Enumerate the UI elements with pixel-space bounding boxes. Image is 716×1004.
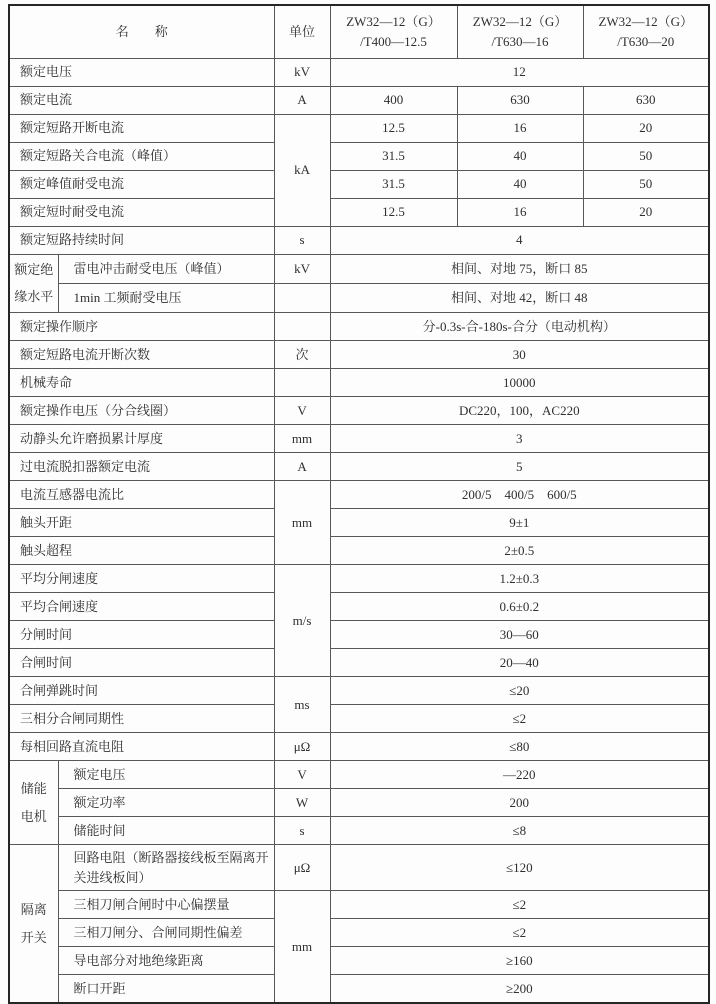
row-group-label: 额定绝缘水平: [9, 254, 58, 313]
row-name: 1min 工频耐受电压: [58, 283, 274, 312]
row-unit: V: [274, 397, 330, 425]
row-value: 2±0.5: [330, 537, 709, 565]
model-2-line1: ZW32—12（G）: [473, 14, 568, 29]
row-value: 10000: [330, 369, 709, 397]
row-group-label: 储能电机: [9, 761, 58, 845]
row-unit: 次: [274, 341, 330, 369]
row-unit: s: [274, 226, 330, 254]
table-row: 机械寿命 10000: [9, 369, 709, 397]
row-name: 额定操作顺序: [9, 313, 274, 341]
table-row: 储能电机 额定电压 V —220: [9, 761, 709, 789]
row-name: 合闸弹跳时间: [9, 677, 274, 705]
row-name: 额定短路开断电流: [9, 114, 274, 142]
row-name: 触头超程: [9, 537, 274, 565]
group-line1: 额定绝: [14, 262, 53, 277]
row-name: 额定短路电流开断次数: [9, 341, 274, 369]
row-unit: [274, 283, 330, 312]
row-name: 额定电压: [58, 761, 274, 789]
table-row: 触头超程 2±0.5: [9, 537, 709, 565]
row-unit: kV: [274, 254, 330, 283]
row-value: 50: [583, 170, 709, 198]
col-header-name: 名 称: [9, 5, 274, 58]
model-header-1: ZW32—12（G）/T400—12.5: [330, 5, 457, 58]
row-name: 分闸时间: [9, 621, 274, 649]
table-row: 断口开距 ≥200: [9, 975, 709, 1003]
row-value: ≥160: [330, 947, 709, 975]
row-name: 额定电流: [9, 86, 274, 114]
model-header-2: ZW32—12（G）/T630—16: [457, 5, 583, 58]
row-name: 每相回路直流电阻: [9, 733, 274, 761]
row-name: 平均合闸速度: [9, 593, 274, 621]
model-2-line2: /T630—16: [460, 32, 581, 52]
row-value: ≥200: [330, 975, 709, 1003]
table-row: 动静头允许磨损累计厚度 mm 3: [9, 425, 709, 453]
row-value: 12.5: [330, 114, 457, 142]
table-row: 三相分合闸同期性 ≤2: [9, 705, 709, 733]
table-row: 过电流脱扣器额定电流 A 5: [9, 453, 709, 481]
row-name: 过电流脱扣器额定电流: [9, 453, 274, 481]
row-unit: kA: [274, 114, 330, 226]
row-name: 额定电压: [9, 58, 274, 86]
table-row: 储能时间 s ≤8: [9, 817, 709, 845]
group-line1: 储能: [21, 781, 47, 796]
table-row: 额定绝缘水平 雷电冲击耐受电压（峰值） kV 相间、对地 75，断口 85: [9, 254, 709, 283]
row-name: 额定操作电压（分合线圈）: [9, 397, 274, 425]
row-value: 9±1: [330, 509, 709, 537]
group-line2: 电机: [11, 803, 57, 831]
row-name: 平均分闸速度: [9, 565, 274, 593]
table-row: 额定短路关合电流（峰值） 31.5 40 50: [9, 142, 709, 170]
model-header-3: ZW32—12（G）/T630—20: [583, 5, 709, 58]
row-value: 200: [330, 789, 709, 817]
row-value: 3: [330, 425, 709, 453]
table-row: 额定操作电压（分合线圈） V DC220，100，AC220: [9, 397, 709, 425]
row-name: 机械寿命: [9, 369, 274, 397]
table-row: 额定操作顺序 分-0.3s-合-180s-合分（电动机构）: [9, 313, 709, 341]
row-name: 动静头允许磨损累计厚度: [9, 425, 274, 453]
spec-table: 名 称 单位 ZW32—12（G）/T400—12.5 ZW32—12（G）/T…: [8, 4, 710, 1004]
row-name: 额定功率: [58, 789, 274, 817]
row-value: 31.5: [330, 170, 457, 198]
row-value: 630: [457, 86, 583, 114]
row-name: 额定短时耐受电流: [9, 198, 274, 226]
row-value: ≤8: [330, 817, 709, 845]
table-row: 额定电压 kV 12: [9, 58, 709, 86]
row-value: 40: [457, 142, 583, 170]
row-name: 额定峰值耐受电流: [9, 170, 274, 198]
row-unit: A: [274, 453, 330, 481]
row-unit: μΩ: [274, 733, 330, 761]
model-3-line1: ZW32—12（G）: [598, 14, 693, 29]
row-value: 分-0.3s-合-180s-合分（电动机构）: [330, 313, 709, 341]
row-group-label: 隔离开关: [9, 845, 58, 1003]
table-row: 三相刀闸合闸时中心偏摆量 mm ≤2: [9, 891, 709, 919]
row-name: 回路电阻（断路器接线板至隔离开关进线板间）: [58, 845, 274, 891]
row-name: 断口开距: [58, 975, 274, 1003]
row-value: ≤20: [330, 677, 709, 705]
row-unit: ms: [274, 677, 330, 733]
row-name: 电流互感器电流比: [9, 481, 274, 509]
col-header-unit: 单位: [274, 5, 330, 58]
table-row: 电流互感器电流比 mm 200/5 400/5 600/5: [9, 481, 709, 509]
table-row: 平均分闸速度 m/s 1.2±0.3: [9, 565, 709, 593]
table-row: 导电部分对地绝缘距离 ≥160: [9, 947, 709, 975]
row-name: 额定短路关合电流（峰值）: [9, 142, 274, 170]
row-value: ≤2: [330, 705, 709, 733]
row-value: 40: [457, 170, 583, 198]
table-row: 额定短路开断电流 kA 12.5 16 20: [9, 114, 709, 142]
row-name: 三相刀闸分、合闸同期性偏差: [58, 919, 274, 947]
table-row: 每相回路直流电阻 μΩ ≤80: [9, 733, 709, 761]
table-row: 合闸时间 20—40: [9, 649, 709, 677]
row-value: DC220，100，AC220: [330, 397, 709, 425]
row-value: 1.2±0.3: [330, 565, 709, 593]
table-row: 额定短路电流开断次数 次 30: [9, 341, 709, 369]
row-name: 雷电冲击耐受电压（峰值）: [58, 254, 274, 283]
row-value: 相间、对地 75，断口 85: [330, 254, 709, 283]
row-value: 30—60: [330, 621, 709, 649]
row-unit: s: [274, 817, 330, 845]
row-value: ≤2: [330, 919, 709, 947]
row-value: 12.5: [330, 198, 457, 226]
row-value: 30: [330, 341, 709, 369]
group-line1: 隔离: [21, 902, 47, 917]
row-value: ≤120: [330, 845, 709, 891]
row-value: 630: [583, 86, 709, 114]
table-row: 三相刀闸分、合闸同期性偏差 ≤2: [9, 919, 709, 947]
model-1-line1: ZW32—12（G）: [346, 14, 441, 29]
row-unit: A: [274, 86, 330, 114]
row-value: —220: [330, 761, 709, 789]
row-value: 12: [330, 58, 709, 86]
row-name: 储能时间: [58, 817, 274, 845]
row-name: 额定短路持续时间: [9, 226, 274, 254]
table-row: 额定电流 A 400 630 630: [9, 86, 709, 114]
row-value: 20—40: [330, 649, 709, 677]
row-value: 31.5: [330, 142, 457, 170]
row-value: ≤80: [330, 733, 709, 761]
row-name: 合闸时间: [9, 649, 274, 677]
model-3-line2: /T630—20: [586, 32, 707, 52]
group-line2: 开关: [11, 924, 57, 952]
table-row: 合闸弹跳时间 ms ≤20: [9, 677, 709, 705]
row-value: 0.6±0.2: [330, 593, 709, 621]
table-row: 分闸时间 30—60: [9, 621, 709, 649]
row-value: 400: [330, 86, 457, 114]
row-name: 三相分合闸同期性: [9, 705, 274, 733]
row-value: 20: [583, 114, 709, 142]
table-row: 额定峰值耐受电流 31.5 40 50: [9, 170, 709, 198]
row-value: 50: [583, 142, 709, 170]
group-line2: 缘水平: [11, 283, 57, 311]
row-unit: [274, 369, 330, 397]
table-row: 1min 工频耐受电压 相间、对地 42，断口 48: [9, 283, 709, 312]
table-row: 额定短路持续时间 s 4: [9, 226, 709, 254]
row-unit: μΩ: [274, 845, 330, 891]
row-unit: mm: [274, 425, 330, 453]
table-row: 额定短时耐受电流 12.5 16 20: [9, 198, 709, 226]
row-value: 4: [330, 226, 709, 254]
table-row: 隔离开关 回路电阻（断路器接线板至隔离开关进线板间） μΩ ≤120: [9, 845, 709, 891]
table-row: 平均合闸速度 0.6±0.2: [9, 593, 709, 621]
row-unit: kV: [274, 58, 330, 86]
table-row: 额定功率 W 200: [9, 789, 709, 817]
row-name: 触头开距: [9, 509, 274, 537]
row-value: 200/5 400/5 600/5: [330, 481, 709, 509]
row-value: ≤2: [330, 891, 709, 919]
row-unit: V: [274, 761, 330, 789]
row-value: 20: [583, 198, 709, 226]
row-unit: mm: [274, 481, 330, 565]
row-unit: m/s: [274, 565, 330, 677]
row-value: 16: [457, 114, 583, 142]
row-value: 5: [330, 453, 709, 481]
header-row: 名 称 单位 ZW32—12（G）/T400—12.5 ZW32—12（G）/T…: [9, 5, 709, 58]
row-name: 导电部分对地绝缘距离: [58, 947, 274, 975]
row-unit: [274, 313, 330, 341]
row-unit: W: [274, 789, 330, 817]
model-1-line2: /T400—12.5: [333, 32, 455, 52]
row-unit: mm: [274, 891, 330, 1003]
row-value: 相间、对地 42，断口 48: [330, 283, 709, 312]
table-row: 触头开距 9±1: [9, 509, 709, 537]
row-value: 16: [457, 198, 583, 226]
row-name: 三相刀闸合闸时中心偏摆量: [58, 891, 274, 919]
